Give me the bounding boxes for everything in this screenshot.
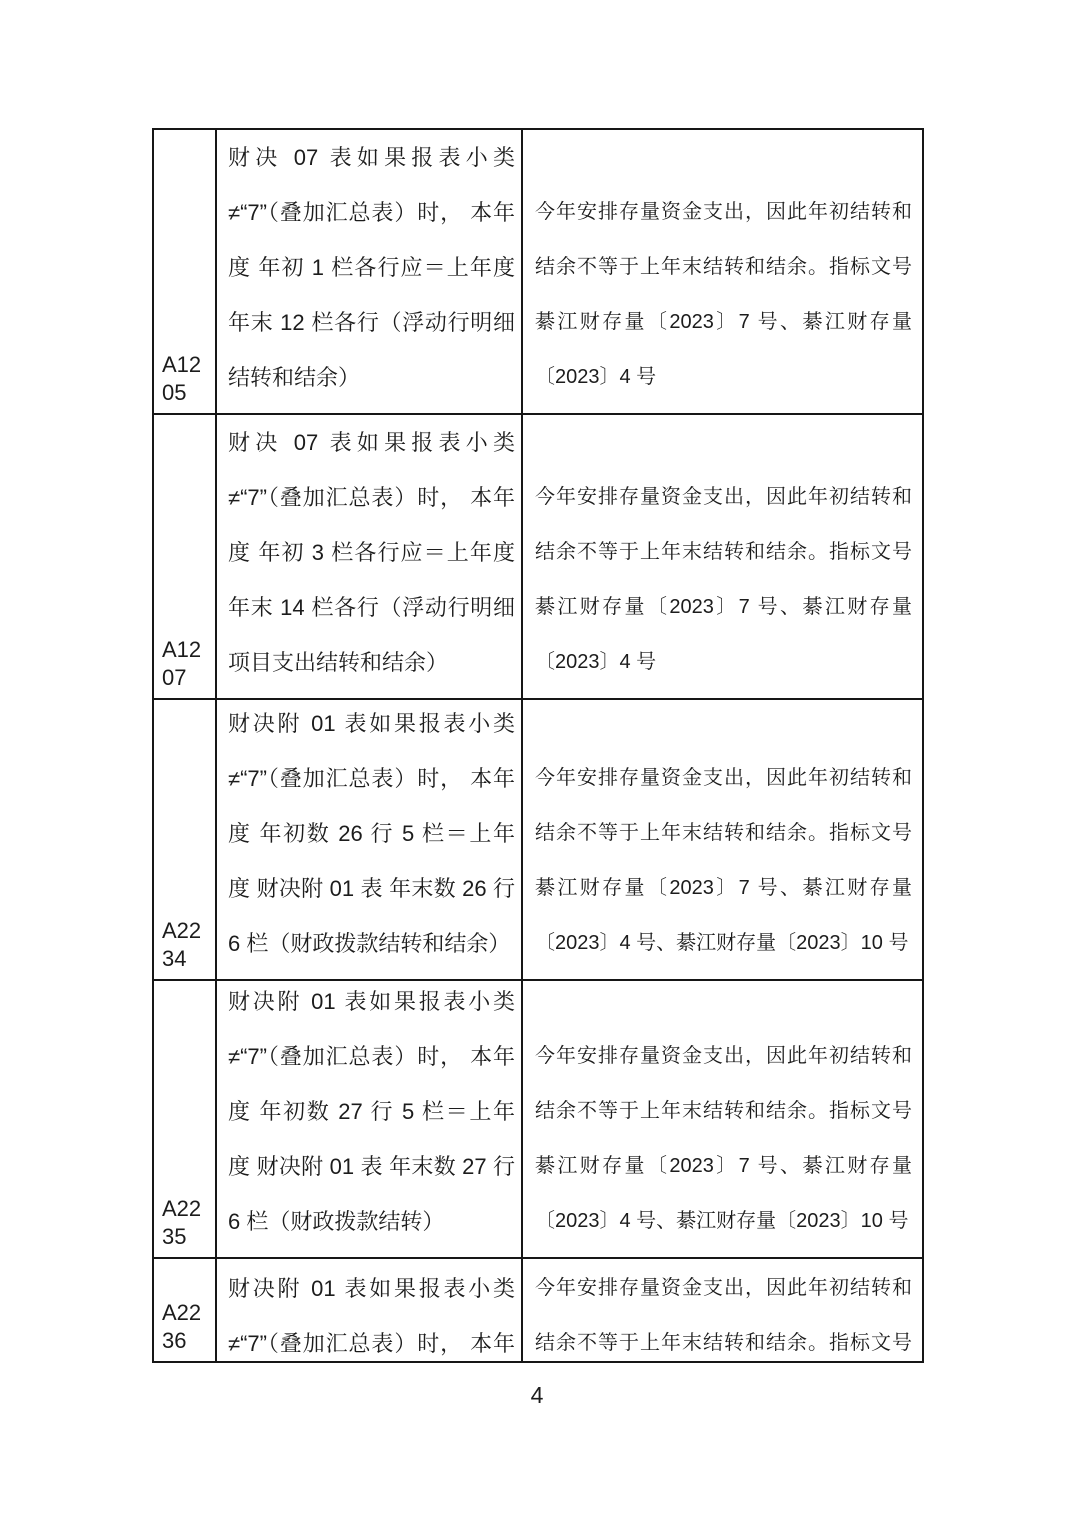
rule-note: 今年安排存量资金支出，因此年初结转和结余不等于上年末结转和结余。指标文号綦江财存…	[535, 751, 912, 971]
rule-description: 财决附 01 表如果报表小类≠“7”（叠加汇总表）时， 本年度 年	[228, 1261, 515, 1361]
rule-code-cell: A2234	[153, 699, 216, 980]
rule-code: A2234	[162, 917, 211, 973]
rule-note-cell: 今年安排存量资金支出，因此年初结转和结余不等于上年末结转和结余。指标文号綦江财存…	[522, 980, 923, 1258]
rule-note-cell: 今年安排存量资金支出，因此年初结转和结余不等于上年末结转和结余。指标文号綦江财存…	[522, 699, 923, 980]
rule-description-cell: 财决附 01 表如果报表小类≠“7”（叠加汇总表）时， 本年度 年初数 27 行…	[216, 980, 522, 1258]
validation-rules-table: A1205 财决 07 表如果报表小类≠“7”（叠加汇总表）时， 本年度 年初 …	[152, 128, 924, 1363]
rule-code-cell: A2236	[153, 1258, 216, 1362]
rule-description-cell: 财决 07 表如果报表小类≠“7”（叠加汇总表）时， 本年度 年初 3 栏各行应…	[216, 414, 522, 699]
table-row: A1205 财决 07 表如果报表小类≠“7”（叠加汇总表）时， 本年度 年初 …	[153, 129, 923, 414]
rule-description: 财决附 01 表如果报表小类≠“7”（叠加汇总表）时， 本年度 年初数 26 行…	[228, 700, 515, 971]
rule-note: 今年安排存量资金支出，因此年初结转和结余不等于上年末结转和结余。指标文号綦江财存…	[535, 470, 912, 690]
rule-description-cell: 财决 07 表如果报表小类≠“7”（叠加汇总表）时， 本年度 年初 1 栏各行应…	[216, 129, 522, 414]
table-row: A2235 财决附 01 表如果报表小类≠“7”（叠加汇总表）时， 本年度 年初…	[153, 980, 923, 1258]
rule-note: 今年安排存量资金支出，因此年初结转和结余不等于上年末结转和结余。指标文号綦江	[535, 1261, 912, 1361]
rule-note-cell: 今年安排存量资金支出，因此年初结转和结余不等于上年末结转和结余。指标文号綦江	[522, 1258, 923, 1362]
rule-code-cell: A2235	[153, 980, 216, 1258]
rule-note-cell: 今年安排存量资金支出，因此年初结转和结余不等于上年末结转和结余。指标文号綦江财存…	[522, 129, 923, 414]
rule-note: 今年安排存量资金支出，因此年初结转和结余不等于上年末结转和结余。指标文号綦江财存…	[535, 185, 912, 405]
rule-code: A2235	[162, 1195, 211, 1251]
rule-code: A1207	[162, 636, 211, 692]
table-row: A2234 财决附 01 表如果报表小类≠“7”（叠加汇总表）时， 本年度 年初…	[153, 699, 923, 980]
rule-description-cell: 财决附 01 表如果报表小类≠“7”（叠加汇总表）时， 本年度 年初数 26 行…	[216, 699, 522, 980]
rule-description: 财决 07 表如果报表小类≠“7”（叠加汇总表）时， 本年度 年初 1 栏各行应…	[228, 130, 515, 405]
document-page: A1205 财决 07 表如果报表小类≠“7”（叠加汇总表）时， 本年度 年初 …	[0, 0, 1074, 1520]
rule-code-cell: A1205	[153, 129, 216, 414]
rule-description: 财决 07 表如果报表小类≠“7”（叠加汇总表）时， 本年度 年初 3 栏各行应…	[228, 415, 515, 690]
rule-description-cell: 财决附 01 表如果报表小类≠“7”（叠加汇总表）时， 本年度 年	[216, 1258, 522, 1362]
rule-code: A1205	[162, 351, 211, 407]
rule-code: A2236	[162, 1299, 211, 1355]
table-row: A1207 财决 07 表如果报表小类≠“7”（叠加汇总表）时， 本年度 年初 …	[153, 414, 923, 699]
rule-note: 今年安排存量资金支出，因此年初结转和结余不等于上年末结转和结余。指标文号綦江财存…	[535, 1029, 912, 1249]
rule-description: 财决附 01 表如果报表小类≠“7”（叠加汇总表）时， 本年度 年初数 27 行…	[228, 981, 515, 1249]
page-number: 4	[0, 1381, 1074, 1409]
rule-note-cell: 今年安排存量资金支出，因此年初结转和结余不等于上年末结转和结余。指标文号綦江财存…	[522, 414, 923, 699]
rule-code-cell: A1207	[153, 414, 216, 699]
table-row: A2236 财决附 01 表如果报表小类≠“7”（叠加汇总表）时， 本年度 年 …	[153, 1258, 923, 1362]
